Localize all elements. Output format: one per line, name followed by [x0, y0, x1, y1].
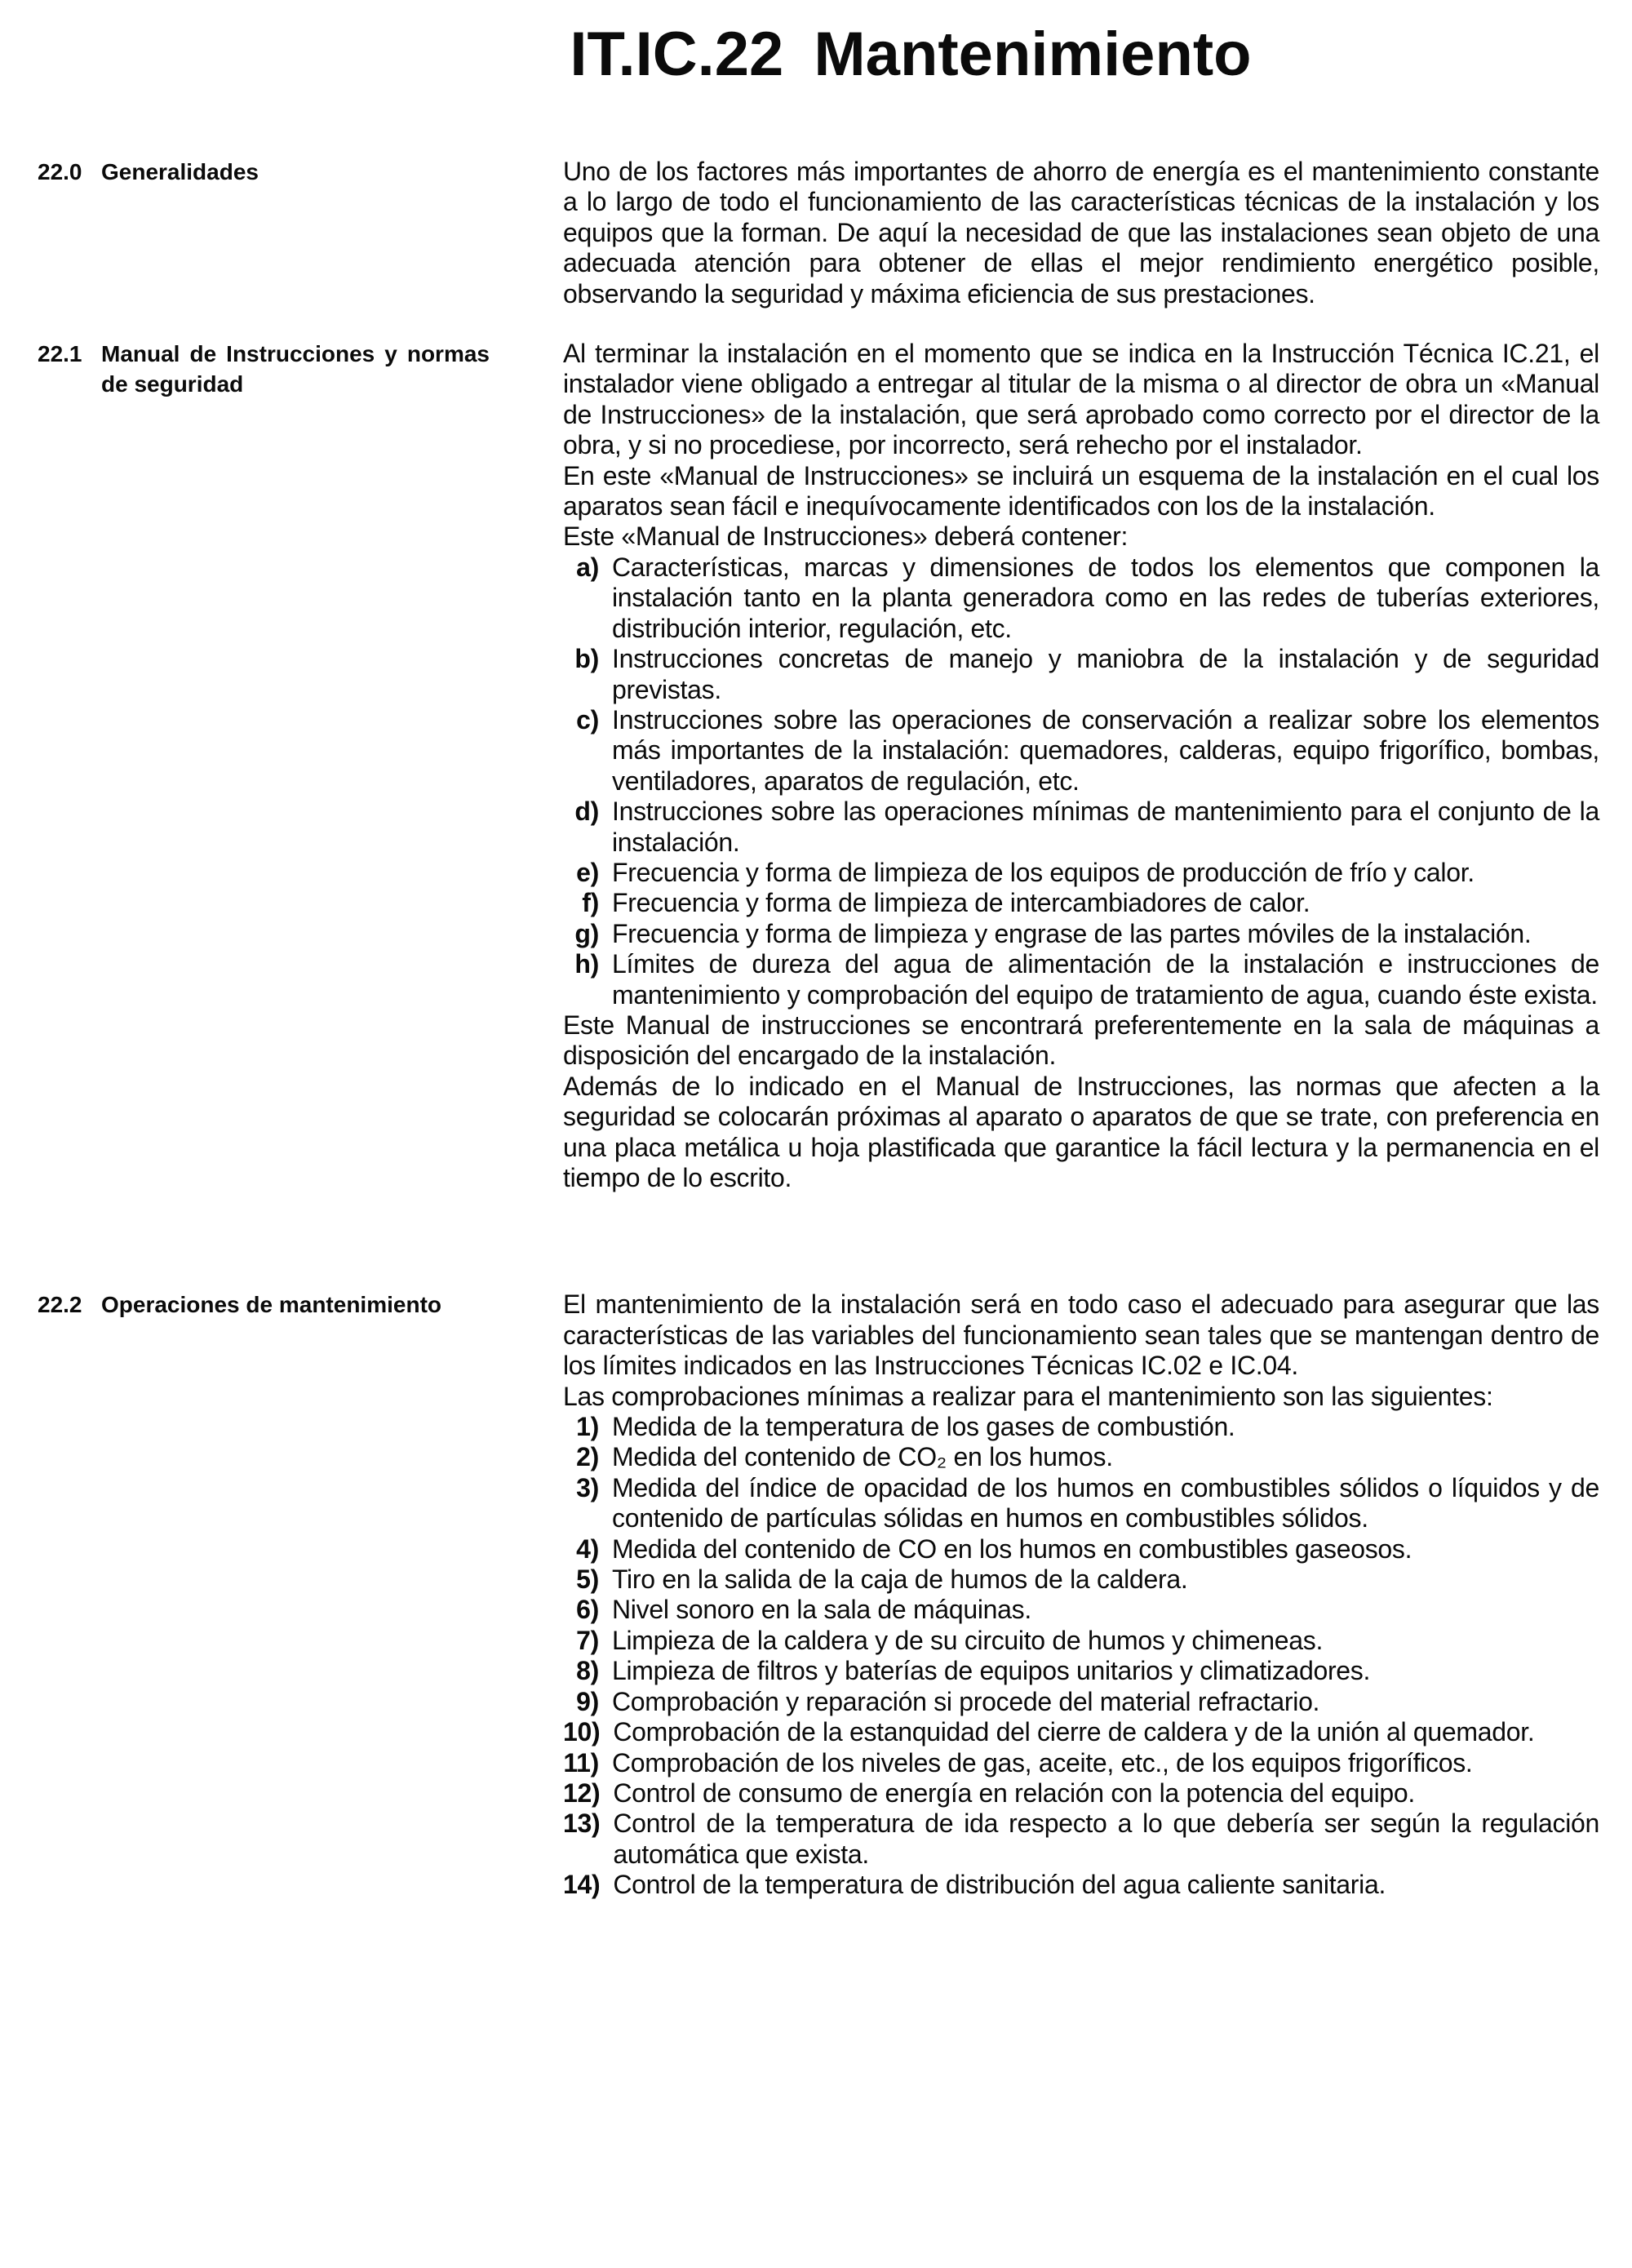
list-item-marker: 3): [563, 1473, 599, 1534]
paragraph: Este Manual de instrucciones se encontra…: [563, 1010, 1599, 1072]
paragraph: Las comprobaciones mínimas a realizar pa…: [563, 1382, 1599, 1412]
list-item: 9)Comprobación y reparación si procede d…: [563, 1687, 1599, 1717]
list-item: h)Límites de dureza del agua de alimenta…: [563, 949, 1599, 1010]
list-item-text: Medida del contenido de CO₂ en los humos…: [612, 1442, 1599, 1472]
list-item-marker: f): [563, 888, 599, 918]
list-item-text: Frecuencia y forma de limpieza de interc…: [612, 888, 1599, 918]
list-item-text: Control de consumo de energía en relació…: [613, 1778, 1599, 1809]
list-item: f)Frecuencia y forma de limpieza de inte…: [563, 888, 1599, 918]
list-item-text: Control de la temperatura de ida respect…: [613, 1809, 1599, 1870]
list-item: 3)Medida del índice de opacidad de los h…: [563, 1473, 1599, 1534]
section-heading-label: Generalidades: [101, 157, 490, 187]
list-item-text: Instrucciones sobre las operaciones míni…: [612, 797, 1599, 858]
section-content: Uno de los factores más importantes de a…: [563, 157, 1599, 309]
list-item-marker: c): [563, 705, 599, 797]
list-item-marker: 13): [563, 1809, 600, 1870]
list-item-marker: 14): [563, 1870, 600, 1900]
list-item-text: Características, marcas y dimensiones de…: [612, 553, 1599, 644]
list-item-text: Limpieza de filtros y baterías de equipo…: [612, 1656, 1599, 1686]
list-item-marker: e): [563, 858, 599, 888]
section-number: 22.2: [38, 1289, 101, 1320]
list-item: 11)Comprobación de los niveles de gas, a…: [563, 1748, 1599, 1778]
list-item: 8)Limpieza de filtros y baterías de equi…: [563, 1656, 1599, 1686]
page-title: IT.IC.22 Mantenimiento: [490, 21, 1331, 88]
list-item-text: Nivel sonoro en la sala de máquinas.: [612, 1595, 1599, 1625]
list-item-marker: 6): [563, 1595, 599, 1625]
section-22-1: 22.1Manual de Instrucciones y normas de …: [38, 339, 1599, 1193]
list-item: c)Instrucciones sobre las operaciones de…: [563, 705, 1599, 797]
section-heading-label: Manual de Instrucciones y normas de segu…: [101, 339, 490, 399]
list-item: 1)Medida de la temperatura de los gases …: [563, 1412, 1599, 1442]
section-content: El mantenimiento de la instalación será …: [563, 1289, 1599, 1900]
section-heading: 22.1Manual de Instrucciones y normas de …: [38, 339, 563, 399]
paragraph: Además de lo indicado en el Manual de In…: [563, 1072, 1599, 1194]
list-item: 13)Control de la temperatura de ida resp…: [563, 1809, 1599, 1870]
list-item-text: Comprobación y reparación si procede del…: [612, 1687, 1599, 1717]
list-item-text: Tiro en la salida de la caja de humos de…: [612, 1565, 1599, 1595]
document-page: IT.IC.22 Mantenimiento 22.0Generalidades…: [0, 0, 1632, 2268]
list-item-marker: 4): [563, 1534, 599, 1565]
list-item: 5)Tiro en la salida de la caja de humos …: [563, 1565, 1599, 1595]
list-item-marker: 10): [563, 1717, 600, 1747]
paragraph: Uno de los factores más importantes de a…: [563, 157, 1599, 309]
list-item-marker: h): [563, 949, 599, 1010]
list-item-marker: 12): [563, 1778, 600, 1809]
list-item-text: Comprobación de la estanquidad del cierr…: [613, 1717, 1599, 1747]
list-item-text: Frecuencia y forma de limpieza y engrase…: [612, 919, 1599, 949]
list-item: 7)Limpieza de la caldera y de su circuit…: [563, 1626, 1599, 1656]
section-number: 22.0: [38, 157, 101, 187]
list-item-marker: b): [563, 644, 599, 705]
list-item: e)Frecuencia y forma de limpieza de los …: [563, 858, 1599, 888]
section-heading: 22.0Generalidades: [38, 157, 563, 187]
list-item-marker: 2): [563, 1442, 599, 1472]
list-item-marker: d): [563, 797, 599, 858]
list-item: 6)Nivel sonoro en la sala de máquinas.: [563, 1595, 1599, 1625]
paragraph: Al terminar la instalación en el momento…: [563, 339, 1599, 461]
list-item-text: Medida del índice de opacidad de los hum…: [612, 1473, 1599, 1534]
list-item: g)Frecuencia y forma de limpieza y engra…: [563, 919, 1599, 949]
list-item-text: Frecuencia y forma de limpieza de los eq…: [612, 858, 1599, 888]
list-item-marker: 5): [563, 1565, 599, 1595]
list-item-marker: 1): [563, 1412, 599, 1442]
section-content: Al terminar la instalación en el momento…: [563, 339, 1599, 1193]
list-item-marker: 11): [563, 1748, 599, 1778]
list-item-text: Límites de dureza del agua de alimentaci…: [612, 949, 1599, 1010]
list-item: 10)Comprobación de la estanquidad del ci…: [563, 1717, 1599, 1747]
list-item-marker: 7): [563, 1626, 599, 1656]
list-item: d)Instrucciones sobre las operaciones mí…: [563, 797, 1599, 858]
list-item-marker: a): [563, 553, 599, 644]
list-item: 12)Control de consumo de energía en rela…: [563, 1778, 1599, 1809]
list-item: 4)Medida del contenido de CO en los humo…: [563, 1534, 1599, 1565]
list-item: 14)Control de la temperatura de distribu…: [563, 1870, 1599, 1900]
paragraph: Este «Manual de Instrucciones» deberá co…: [563, 522, 1599, 552]
list-item-marker: 9): [563, 1687, 599, 1717]
list-item: a)Características, marcas y dimensiones …: [563, 553, 1599, 644]
list-item-text: Instrucciones concretas de manejo y mani…: [612, 644, 1599, 705]
list-item-text: Medida del contenido de CO en los humos …: [612, 1534, 1599, 1565]
list-item: 2)Medida del contenido de CO₂ en los hum…: [563, 1442, 1599, 1472]
list-item-text: Control de la temperatura de distribució…: [613, 1870, 1599, 1900]
section-22-0: 22.0GeneralidadesUno de los factores más…: [38, 157, 1599, 309]
list-item-marker: g): [563, 919, 599, 949]
list-item-text: Comprobación de los niveles de gas, acei…: [612, 1748, 1599, 1778]
section-heading-label: Operaciones de mantenimiento: [101, 1289, 490, 1320]
section-heading: 22.2Operaciones de mantenimiento: [38, 1289, 563, 1320]
list-item-marker: 8): [563, 1656, 599, 1686]
section-22-2: 22.2Operaciones de mantenimientoEl mante…: [38, 1289, 1599, 1900]
paragraph: En este «Manual de Instrucciones» se inc…: [563, 461, 1599, 522]
list-item: b)Instrucciones concretas de manejo y ma…: [563, 644, 1599, 705]
section-number: 22.1: [38, 339, 101, 399]
paragraph: El mantenimiento de la instalación será …: [563, 1289, 1599, 1381]
sections-container: 22.0GeneralidadesUno de los factores más…: [38, 157, 1599, 1901]
list-item-text: Medida de la temperatura de los gases de…: [612, 1412, 1599, 1442]
list-item-text: Instrucciones sobre las operaciones de c…: [612, 705, 1599, 797]
list-item-text: Limpieza de la caldera y de su circuito …: [612, 1626, 1599, 1656]
